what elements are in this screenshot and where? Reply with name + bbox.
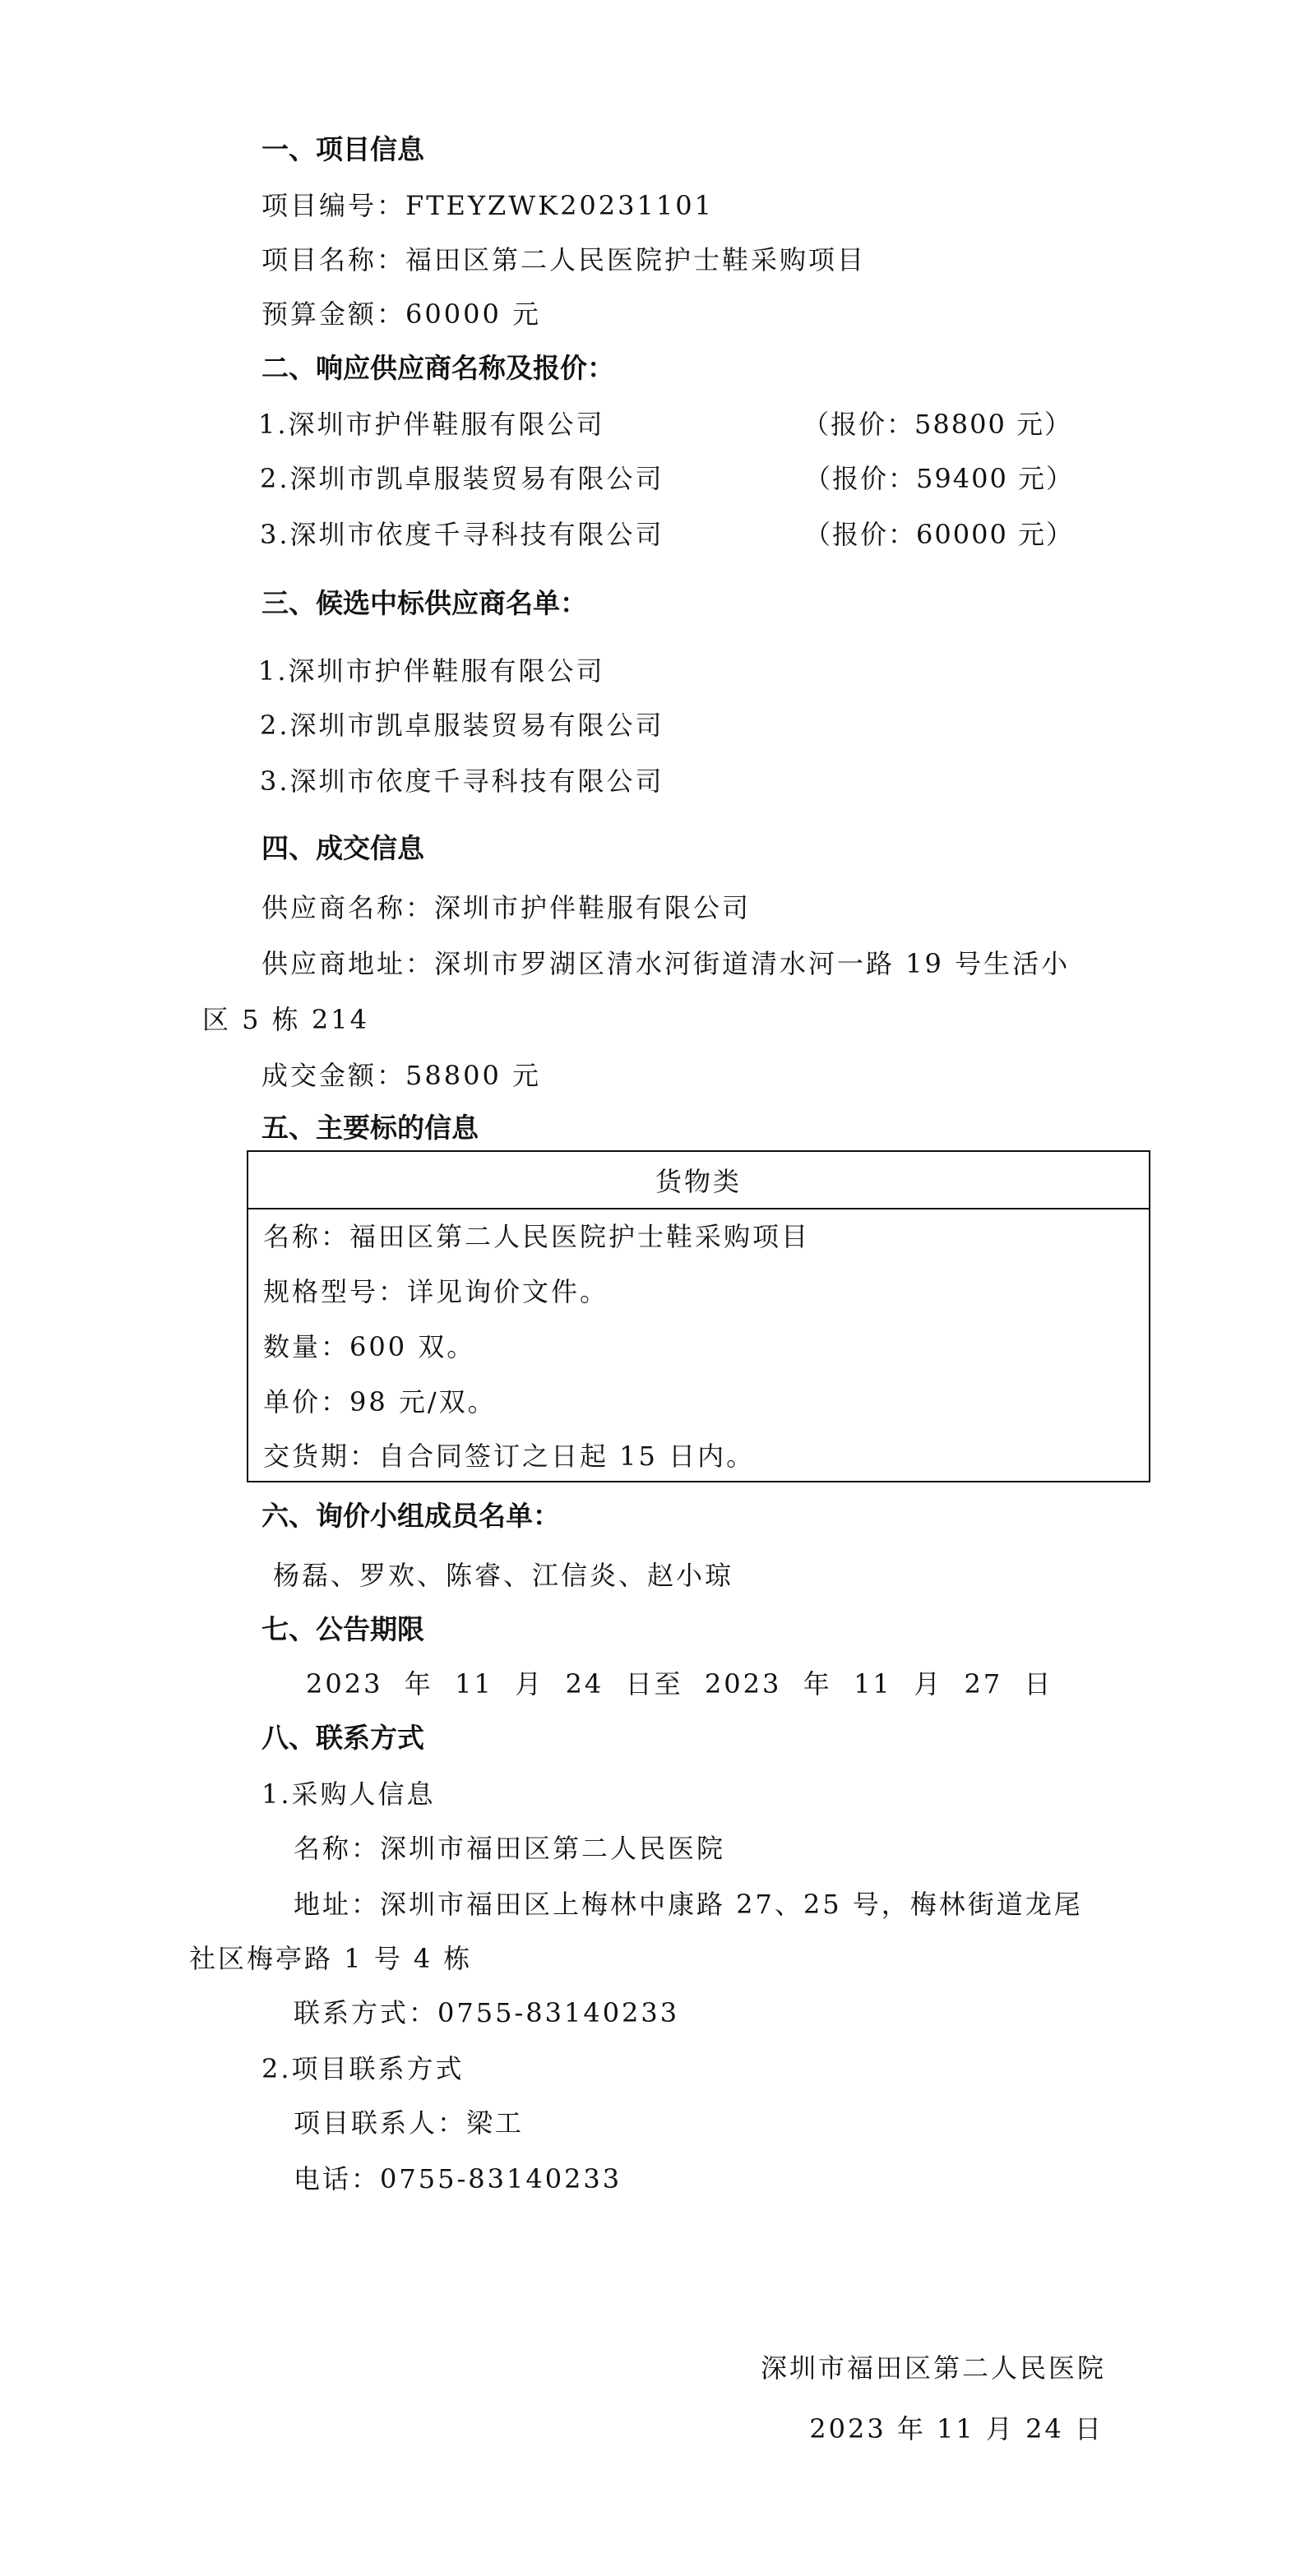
purchaser-contact: 联系方式：0755-83140233	[294, 1996, 679, 2029]
supplier-name: 3.深圳市依度千寻科技有限公司	[260, 518, 664, 551]
section-heading-inquiry-panel: 六、询价小组成员名单：	[261, 1500, 560, 1533]
supplier-name: 2.深圳市凯卓服装贸易有限公司	[260, 462, 664, 495]
table-row: 交货期：自合同签订之日起 15 日内。	[263, 1440, 755, 1473]
section-heading-deal-info: 四、成交信息	[261, 832, 424, 865]
deal-supplier-address: 供应商地址：深圳市罗湖区清水河街道清水河一路 19 号生活小	[261, 947, 1070, 980]
supplier-quote: （报价：59400 元）	[804, 462, 1074, 495]
purchaser-address-cont: 社区梅亭路 1 号 4 栋	[189, 1942, 472, 1975]
signature-organization: 深圳市福田区第二人民医院	[761, 2352, 1106, 2384]
project-contact-phone: 电话：0755-83140233	[294, 2162, 622, 2195]
table-row: 数量：600 双。	[263, 1330, 475, 1363]
supplier-quote: （报价：58800 元）	[803, 408, 1072, 441]
project-contact-person: 项目联系人：梁工	[294, 2107, 524, 2139]
section-heading-main-subject: 五、主要标的信息	[261, 1112, 479, 1145]
project-number: 项目编号：FTEYZWK20231101	[261, 189, 714, 222]
section-heading-announcement-period: 七、公告期限	[261, 1613, 424, 1646]
table-row: 规格型号：详见询价文件。	[263, 1275, 609, 1308]
purchaser-address: 地址：深圳市福田区上梅林中康路 27、25 号，梅林街道龙尾	[294, 1888, 1083, 1921]
supplier-quote: （报价：60000 元）	[804, 518, 1074, 551]
purchaser-name: 名称：深圳市福田区第二人民医院	[294, 1832, 725, 1865]
table-row: 名称：福田区第二人民医院护士鞋采购项目	[263, 1220, 810, 1253]
subject-info-table: 货物类 名称：福田区第二人民医院护士鞋采购项目 规格型号：详见询价文件。 数量：…	[247, 1150, 1150, 1482]
supplier-name: 1.深圳市护伴鞋服有限公司	[258, 408, 605, 441]
section-heading-responding-suppliers: 二、响应供应商名称及报价：	[261, 352, 614, 385]
signature-date: 2023 年 11 月 24 日	[809, 2412, 1104, 2445]
project-contact-title: 2.项目联系方式	[261, 2052, 465, 2085]
budget-amount: 预算金额：60000 元	[261, 298, 541, 331]
deal-supplier-address-cont: 区 5 栋 214	[202, 1003, 369, 1036]
table-row: 单价：98 元/双。	[263, 1385, 497, 1418]
candidate-supplier: 3.深圳市依度千寻科技有限公司	[260, 765, 664, 798]
purchaser-info-title: 1.采购人信息	[261, 1778, 436, 1811]
deal-supplier-name: 供应商名称：深圳市护伴鞋服有限公司	[261, 891, 751, 924]
announcement-period: 2023 年 11 月 24 日至 2023 年 11 月 27 日	[306, 1667, 1053, 1700]
panel-members: 杨磊、罗欢、陈睿、江信炎、赵小琼	[273, 1559, 733, 1592]
table-header-goods: 货物类	[248, 1152, 1149, 1209]
section-heading-contact: 八、联系方式	[261, 1722, 424, 1755]
candidate-supplier: 1.深圳市护伴鞋服有限公司	[258, 654, 605, 687]
deal-amount: 成交金额：58800 元	[261, 1059, 541, 1092]
section-heading-project-info: 一、项目信息	[261, 133, 424, 166]
section-heading-candidate-suppliers: 三、候选中标供应商名单：	[261, 587, 587, 620]
candidate-supplier: 2.深圳市凯卓服装贸易有限公司	[260, 709, 664, 742]
project-name: 项目名称：福田区第二人民医院护士鞋采购项目	[261, 243, 866, 276]
